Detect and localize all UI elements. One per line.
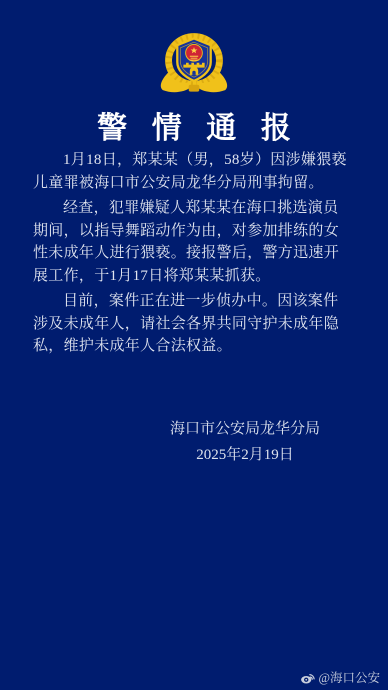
badge-container <box>0 27 388 108</box>
notice-paragraph-1: 1月18日，郑某某（男，58岁）因涉嫌猥亵儿童罪被海口市公安局龙华分局刑事拘留。 <box>33 149 350 194</box>
police-notice-page: 警情通报 1月18日，郑某某（男，58岁）因涉嫌猥亵儿童罪被海口市公安局龙华分局… <box>0 0 388 690</box>
notice-paragraph-3: 目前，案件正在进一步侦办中。因该案件涉及未成年人，请社会各界共同守护未成年隐私，… <box>33 290 350 358</box>
notice-paragraph-2: 经查，犯罪嫌疑人郑某某在海口挑选演员期间，以指导舞蹈动作为由，对参加排练的女性未… <box>33 197 350 287</box>
notice-body: 1月18日，郑某某（男，58岁）因涉嫌猥亵儿童罪被海口市公安局龙华分局刑事拘留。… <box>0 149 388 361</box>
issuing-authority: 海口市公安局龙华分局 <box>140 418 350 441</box>
signature-block: 海口市公安局龙华分局 2025年2月19日 <box>140 418 350 467</box>
notice-title: 警情通报 <box>0 103 388 147</box>
weibo-icon <box>300 670 315 685</box>
chinese-police-badge-icon <box>156 27 232 108</box>
weibo-watermark: @海口公安 <box>300 670 380 685</box>
notice-date: 2025年2月19日 <box>140 444 350 467</box>
watermark-label: @海口公安 <box>318 671 380 685</box>
